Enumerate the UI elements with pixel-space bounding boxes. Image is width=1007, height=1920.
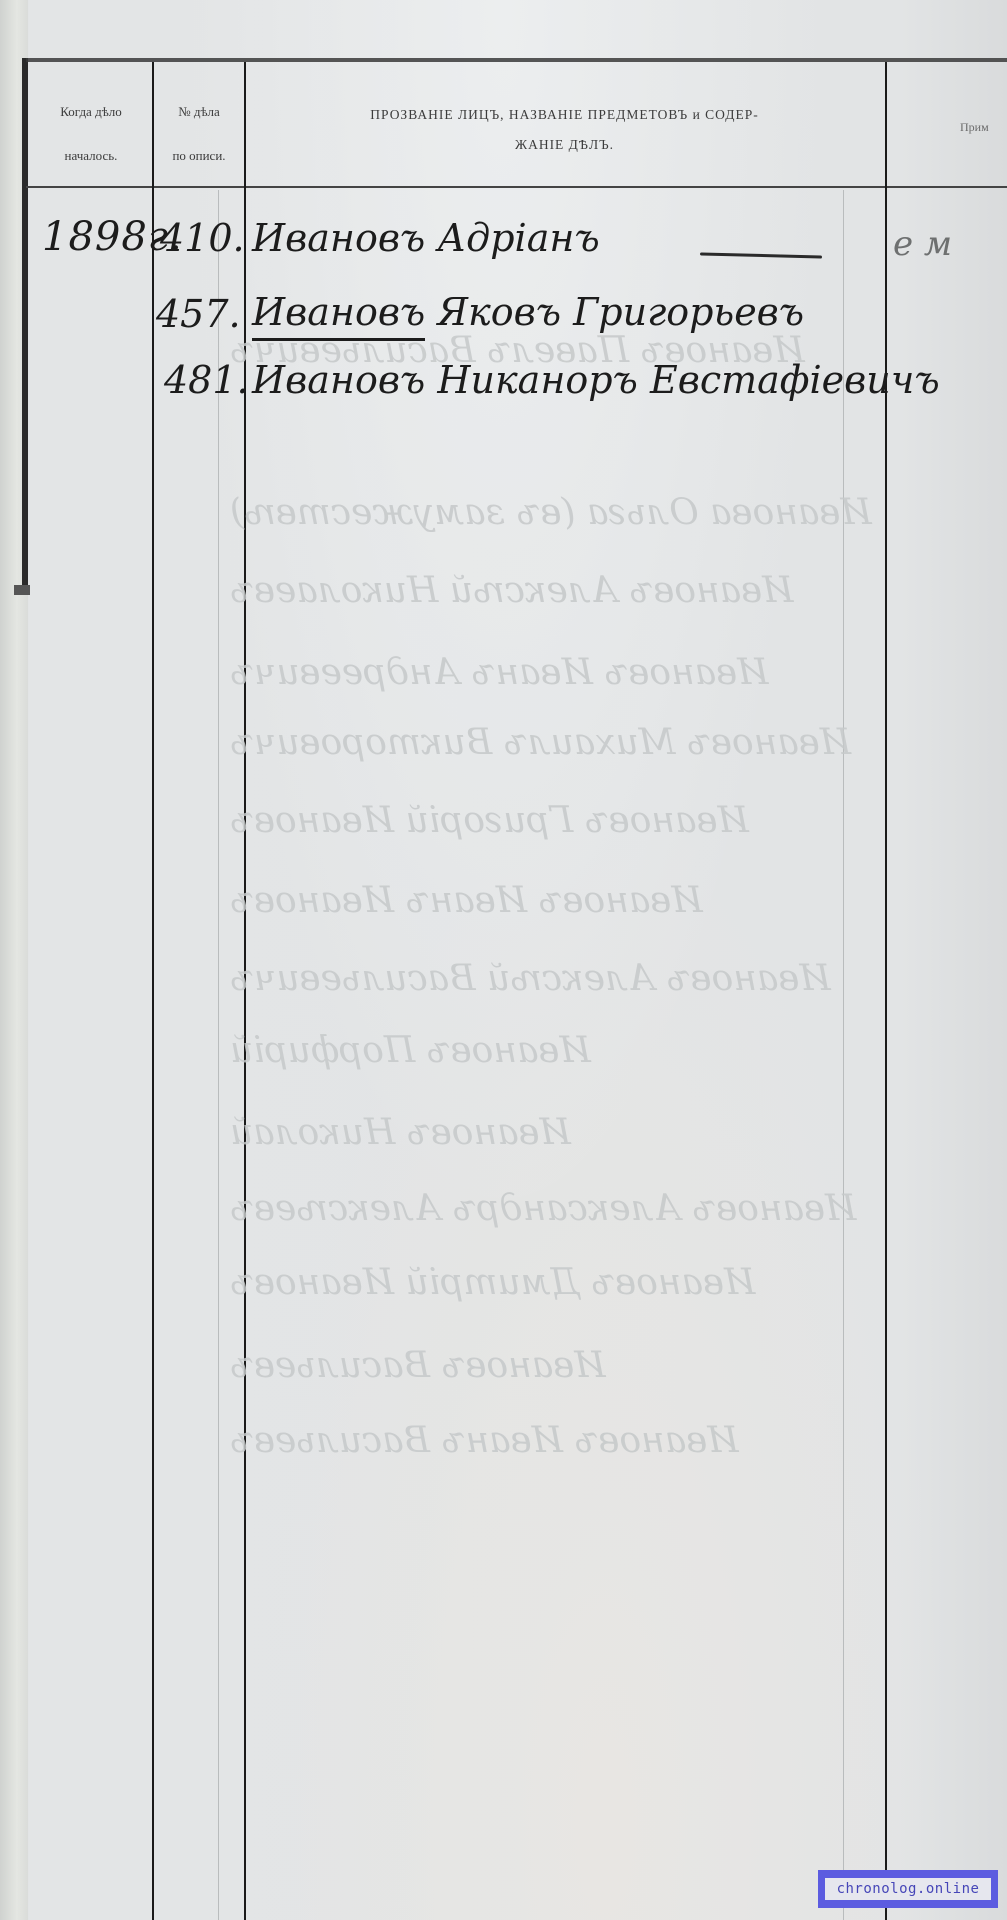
entry-name: Ивановъ Адріанъ <box>252 216 600 260</box>
entry-given-name: Адріанъ <box>437 216 599 260</box>
bleed-line: Ивановъ Алексѣй Васильевичъ <box>230 958 990 999</box>
table-top-rule <box>26 58 1007 62</box>
bleed-line: Ивановъ Васильевъ <box>230 1345 990 1386</box>
entry-case-number: 457. <box>156 292 241 336</box>
watermark-badge[interactable]: chronolog.online <box>818 1870 998 1908</box>
bleed-line: Ивановъ Михаилъ Викторовичъ <box>230 722 990 763</box>
margin-note: е м <box>893 224 952 264</box>
watermark-text: chronolog.online <box>825 1878 992 1900</box>
header-content-line2: ЖАНІЕ ДѢЛЪ. <box>246 130 883 160</box>
header-bottom-rule <box>26 186 1007 188</box>
binding-edge <box>22 58 28 593</box>
binding-corner <box>14 585 30 595</box>
entry-given-name: Яковъ Григорьевъ <box>437 290 804 334</box>
header-content-line1: ПРОЗВАНІЕ ЛИЦЪ, НАЗВАНІЕ ПРЕДМЕТОВЪ и СО… <box>246 100 883 130</box>
header-notes: Прим <box>960 120 1007 135</box>
entry-case-number: 410. <box>160 216 245 260</box>
header-when-started-line1: Когда дѣло <box>32 90 150 134</box>
entry-surname: Ивановъ <box>252 216 425 260</box>
bleed-line: Ивановъ Порфирій <box>230 1030 990 1071</box>
ledger-page: Когда дѣло началось. № дѣла по описи. ПР… <box>0 0 1007 1920</box>
bleed-rule-a <box>218 190 219 1920</box>
bleed-line: Ивановъ Александръ Алексѣевъ <box>230 1188 990 1229</box>
bleed-line: Ивановъ Григорій Ивановъ <box>230 800 990 841</box>
bleed-line: Ивановъ Дмитрій Ивановъ <box>230 1262 990 1303</box>
header-case-number: № дѣла по описи. <box>154 90 244 178</box>
header-content: ПРОЗВАНІЕ ЛИЦЪ, НАЗВАНІЕ ПРЕДМЕТОВЪ и СО… <box>246 100 883 160</box>
header-when-started: Когда дѣло началось. <box>32 90 150 178</box>
entry-name: Ивановъ Яковъ Григорьевъ <box>252 290 804 334</box>
entry-given-name: Никаноръ Евстафіевичъ <box>437 358 939 402</box>
entry-surname-underlined: Ивановъ <box>252 290 425 341</box>
header-case-number-line1: № дѣла <box>154 90 244 134</box>
bleed-line: Ивановъ Алексѣй Николаевъ <box>230 570 990 611</box>
bleed-line: Ивановъ Иванъ Васильевъ <box>230 1420 990 1461</box>
bleed-line: Ивановъ Иванъ Ивановъ <box>230 880 990 921</box>
entry-case-number: 481. <box>164 358 249 402</box>
bleed-line: Ивановъ Николай <box>230 1112 990 1153</box>
bleed-line: Иванова Ольга (въ замужествѣ) <box>230 492 990 533</box>
bleed-line: Ивановъ Иванъ Андреевичъ <box>230 652 990 693</box>
entry-dash <box>700 252 822 258</box>
entry-name: Ивановъ Никаноръ Евстафіевичъ <box>252 358 940 402</box>
header-when-started-line2: началось. <box>32 134 150 178</box>
header-case-number-line2: по описи. <box>154 134 244 178</box>
column-divider-1 <box>152 62 154 1920</box>
entry-surname: Ивановъ <box>252 358 425 402</box>
